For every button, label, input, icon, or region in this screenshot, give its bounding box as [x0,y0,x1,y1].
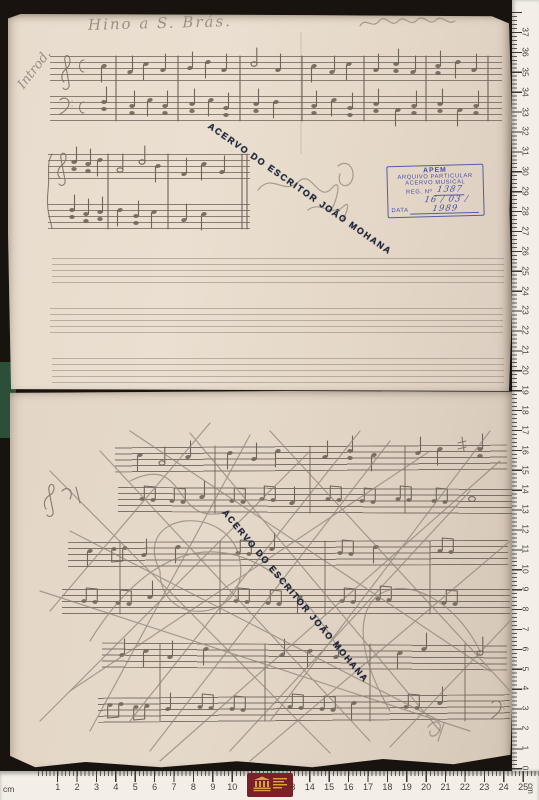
ruler-number: 26 [516,246,536,255]
ruler-number: 9 [203,782,222,792]
registry-stamp: APEM ARQUIVO PARTICULAR ACERVO MUSICAL R… [386,164,484,219]
scanned-manuscript: Hino a S. Brás. Introd. [0,0,539,800]
ruler-number: 6 [145,782,164,792]
ruler-number: 25 [516,266,536,275]
ruler-number: 16 [339,782,358,792]
ruler-number: 33 [516,107,536,116]
ruler-number: 5 [516,664,536,673]
ruler-number: 23 [516,306,536,315]
ruler-number: 4 [106,782,125,792]
ruler-number: 18 [516,405,536,414]
ruler-number: 27 [516,226,536,235]
time-signature-c [80,60,85,72]
ruler-number: 24 [516,286,536,295]
ruler-number: 21 [436,782,455,792]
repeat-marks [458,437,466,451]
ruler-number: 17 [358,782,377,792]
ruler-number: 7 [516,624,536,633]
ruler-unit-label: cm [3,784,14,794]
ruler-number: 18 [378,782,397,792]
registry-date-value: 16 / 03 / 1989 [410,195,482,215]
ruler-number: 29 [516,186,536,195]
ruler-number: 24 [494,782,513,792]
ruler-number: 16 [516,445,536,454]
ruler-number: 34 [516,87,536,96]
archive-logo [247,773,293,797]
ruler-number: 1 [516,743,536,752]
ruler-number: 5 [126,782,145,792]
ruler-number: 10 [223,782,242,792]
manuscript-page-top: Hino a S. Brás. Introd. [8,14,512,391]
ruler-number: 14 [300,782,319,792]
ruler-number: 22 [455,782,474,792]
ruler-number: 10 [516,564,536,573]
ruler-number: 11 [516,544,536,553]
ruler-number: 8 [184,782,203,792]
ruler-number: 14 [516,485,536,494]
ruler-number: 21 [516,345,536,354]
bass-clef [60,98,72,114]
bass-clef [492,701,504,718]
treble-clef [62,56,70,90]
ruler-number: 20 [516,365,536,374]
ruler-number: 3 [516,703,536,712]
ruler-number: 35 [516,67,536,76]
ruler-number: 37 [516,27,536,36]
ruler-number: 12 [516,524,536,533]
ruler-number: 9 [516,584,536,593]
ruler-number: 28 [516,206,536,215]
ruler-number: 22 [516,326,536,335]
ruler-number: 20 [416,782,435,792]
crossout-scribbles [40,423,510,761]
tempo-scribble [62,487,80,503]
ruler-number: 1 [48,782,67,792]
ruler-number: 36 [516,47,536,56]
ruler-number: 6 [516,644,536,653]
illegible-pencil-scribble [360,18,455,26]
registry-date-label: DATA [391,209,408,215]
ruler-number: 15 [516,465,536,474]
ruler-number: 31 [516,147,536,156]
ruler-number: 13 [516,505,536,514]
ruler-number: 7 [164,782,183,792]
ruler-vertical: 3736353433323130292827262524232221201918… [512,0,539,771]
ruler-number: 17 [516,425,536,434]
ruler-number: 23 [475,782,494,792]
system-brace [47,154,52,228]
ruler-number: 19 [397,782,416,792]
ruler-number: 19 [516,385,536,394]
ruler-number: 8 [516,604,536,613]
ruler-number: 4 [516,684,536,693]
music-notation-lower [10,391,514,768]
ruler-number: 3 [87,782,106,792]
ruler-number: 2 [516,723,536,732]
ruler-ticks-major [57,771,539,782]
signature-scribble [428,722,444,741]
ruler-number: 15 [319,782,338,792]
building-icon [247,773,293,797]
ruler-number: 32 [516,127,536,136]
manuscript-page-bottom: ACERVO DO ESCRITOR JOÃO MOHANA [10,391,514,768]
ruler-number: 2 [67,782,86,792]
ruler-number: 30 [516,166,536,175]
ruler-unit-label: cm [526,783,535,794]
treble-clef [44,484,54,516]
